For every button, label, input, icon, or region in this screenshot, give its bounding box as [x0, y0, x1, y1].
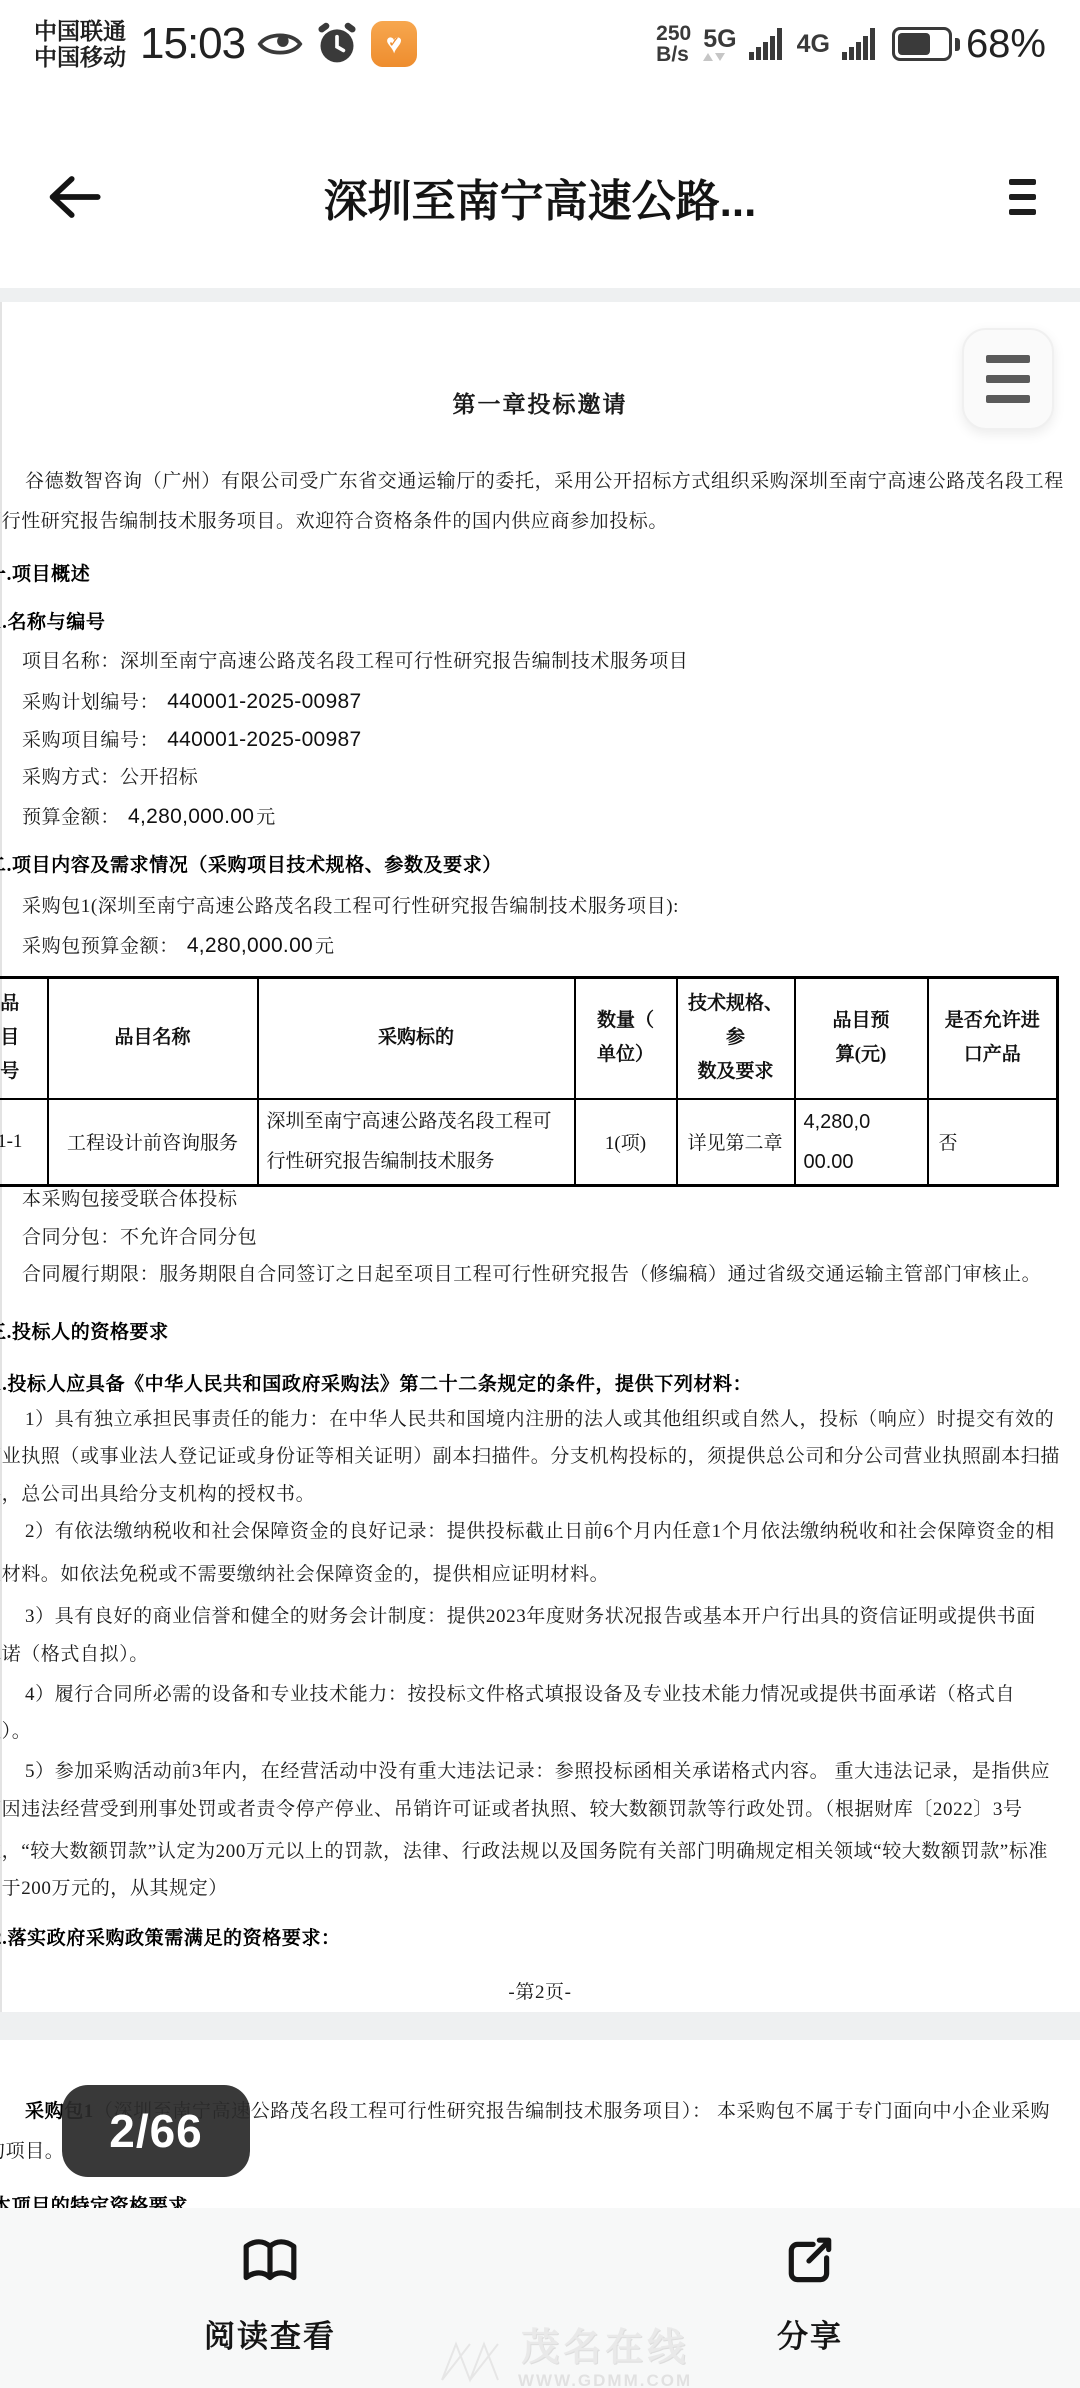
document-page-2: 第一章投标邀请 谷德数智咨询（广州）有限公司受广东省交通运输厅的委托，采用公开招…	[0, 302, 1080, 2012]
doc-line: 采购方式：公开招标	[22, 763, 198, 793]
section-heading: 二.项目内容及需求情况（采购项目技术规格、参数及要求）	[0, 851, 502, 881]
signal-5g: 5G	[703, 27, 736, 61]
doc-line: 谷德数智咨询（广州）有限公司受广东省交通运输厅的委托，采用公开招标方式组织采购深…	[25, 467, 1064, 497]
doc-line: 可行性研究报告编制技术服务项目。欢迎符合资格条件的国内供应商参加投标。	[0, 507, 668, 537]
col-header: 数量（ 单位）	[575, 978, 677, 1099]
phone-screen: 中国联通 中国移动 15:03 ♥✓ 250 B/s 5G	[0, 0, 1080, 2388]
battery-nub-icon	[955, 38, 960, 51]
carrier-label: 中国联通 中国移动	[34, 18, 126, 70]
col-header: 品 目 号	[0, 978, 48, 1099]
col-header: 品目预 算(元)	[795, 978, 928, 1099]
cell-item-name: 工程设计前咨询服务	[48, 1099, 258, 1186]
clock: 15:03	[140, 19, 245, 69]
col-header: 技术规格、参 数及要求	[677, 978, 795, 1099]
doc-line: 采购包1(深圳至南宁高速公路茂名段工程可行性研究报告编制技术服务项目):	[22, 892, 679, 922]
doc-line: 承诺（格式自拟）。	[0, 1640, 149, 1670]
doc-line: 关材料。如依法免税或不需要缴纳社会保障资金的，提供相应证明材料。	[0, 1560, 609, 1590]
col-header: 采购标的	[258, 978, 575, 1099]
read-view-label: 阅读查看	[204, 2311, 336, 2356]
cell-import: 否	[928, 1099, 1058, 1186]
network-speed: 250 B/s	[656, 23, 691, 65]
doc-line: 本采购包接受联合体投标	[22, 1185, 238, 1215]
col-header: 品目名称	[48, 978, 258, 1099]
share-icon	[783, 2236, 837, 2293]
health-badge-icon: ♥✓	[371, 21, 417, 67]
signal-bars-4g-icon	[842, 28, 878, 60]
doc-line: 合同履行期限：服务期限自合同签订之日起至项目工程可行性研究报告（修编稿）通过省级…	[22, 1260, 1041, 1290]
chapter-heading: 第一章投标邀请	[0, 390, 1080, 420]
page-gap	[0, 2012, 1080, 2040]
col-header: 是否允许进 口产品	[928, 978, 1058, 1099]
cell-subject: 深圳至南宁高速公路茂名段工程可 行性研究报告编制技术服务	[258, 1099, 575, 1186]
doc-line: 2）有依法缴纳税收和社会保障资金的良好记录：提供投标截止日前6个月内任意1个月依…	[25, 1517, 1055, 1547]
doc-line: 件，总公司出具给分支机构的授权书。	[0, 1480, 315, 1510]
section-heading: 一.项目概述	[0, 560, 90, 590]
battery-percent: 68%	[966, 22, 1046, 67]
alarm-icon	[315, 21, 359, 67]
eye-protection-icon	[257, 27, 303, 61]
page-gap	[0, 288, 1080, 302]
doc-line: 合同分包：不允许合同分包	[22, 1223, 257, 1253]
doc-line: 文，“较大数额罚款”认定为200万元以上的罚款，法律、行政法规以及国务院有关部门…	[0, 1837, 1048, 1867]
cell-item-no: 1-1	[0, 1099, 48, 1186]
hamburger-icon	[986, 355, 1030, 403]
app-header: 深圳至南宁高速公路...	[0, 88, 1080, 288]
doc-line: 采购项目编号：440001-2025-00987	[22, 725, 361, 756]
battery-icon	[892, 27, 952, 61]
clipped-heading: 本项目的特定资格要求	[0, 2192, 188, 2208]
more-menu-button[interactable]	[1009, 179, 1036, 215]
table-row: 1-1 工程设计前咨询服务 深圳至南宁高速公路茂名段工程可 行性研究报告编制技术…	[0, 1099, 1058, 1186]
cell-spec: 详见第二章	[677, 1099, 795, 1186]
page-number-footer: -第2页-	[0, 1978, 1080, 2008]
doc-line: 的项目。	[0, 2137, 64, 2167]
doc-line: 4）履行合同所必需的设备和专业技术能力：按投标文件格式填报设备及专业技术能力情况…	[25, 1680, 1015, 1710]
table-header-row: 品 目 号 品目名称 采购标的 数量（ 单位） 技术规格、参 数及要求 品目预 …	[0, 978, 1058, 1099]
share-label: 分享	[777, 2311, 843, 2356]
doc-line: 3）具有良好的商业信誉和健全的财务会计制度：提供2023年度财务状况报告或基本开…	[25, 1602, 1036, 1632]
bottom-toolbar: 阅读查看 分享	[0, 2208, 1080, 2388]
cell-budget: 4,280,0 00.00	[795, 1099, 928, 1186]
doc-line: 高于200万元的，从其规定）	[0, 1874, 228, 1904]
signal-bars-5g-icon	[749, 28, 785, 60]
status-bar: 中国联通 中国移动 15:03 ♥✓ 250 B/s 5G	[0, 0, 1080, 88]
doc-line: 5）参加采购活动前3年内，在经营活动中没有重大违法记录：参照投标函相关承诺格式内…	[25, 1757, 1050, 1787]
section-heading: 1.投标人应具备《中华人民共和国政府采购法》第二十二条规定的条件，提供下列材料：	[0, 1370, 752, 1400]
page-title: 深圳至南宁高速公路...	[0, 165, 1080, 229]
doc-line: 商因违法经营受到刑事处罚或者责令停产停业、吊销许可证或者执照、较大数额罚款等行政…	[0, 1795, 1023, 1825]
section-heading: 1.名称与编号	[0, 608, 105, 638]
doc-line: 拟）。	[0, 1717, 31, 1747]
toc-menu-button[interactable]	[962, 328, 1054, 430]
doc-line: 营业执照（或事业法人登记证或身份证等相关证明）副本扫描件。分支机构投标的，须提供…	[0, 1442, 1060, 1472]
section-heading: 2.落实政府采购政策需满足的资格要求：	[0, 1924, 341, 1954]
cell-quantity: 1(项)	[575, 1099, 677, 1186]
signal-4g: 4G	[797, 32, 830, 56]
items-table: 品 目 号 品目名称 采购标的 数量（ 单位） 技术规格、参 数及要求 品目预 …	[0, 976, 1059, 1187]
doc-line: 预算金额：4,280,000.00元	[22, 802, 276, 833]
read-view-button[interactable]: 阅读查看	[120, 2208, 420, 2388]
share-button[interactable]: 分享	[660, 2208, 960, 2388]
doc-line: 采购计划编号：440001-2025-00987	[22, 687, 361, 718]
doc-line: 项目名称：深圳至南宁高速公路茂名段工程可行性研究报告编制技术服务项目	[22, 647, 688, 677]
doc-line: 1）具有独立承担民事责任的能力：在中华人民共和国境内注册的法人或其他组织或自然人…	[25, 1405, 1054, 1435]
page-indicator: 2/66	[62, 2085, 250, 2177]
doc-line: 采购包预算金额：4,280,000.00元	[22, 931, 335, 962]
book-icon	[241, 2236, 299, 2293]
back-button[interactable]	[44, 171, 104, 223]
section-heading: 三.投标人的资格要求	[0, 1318, 169, 1348]
data-arrows-icon	[703, 53, 725, 61]
